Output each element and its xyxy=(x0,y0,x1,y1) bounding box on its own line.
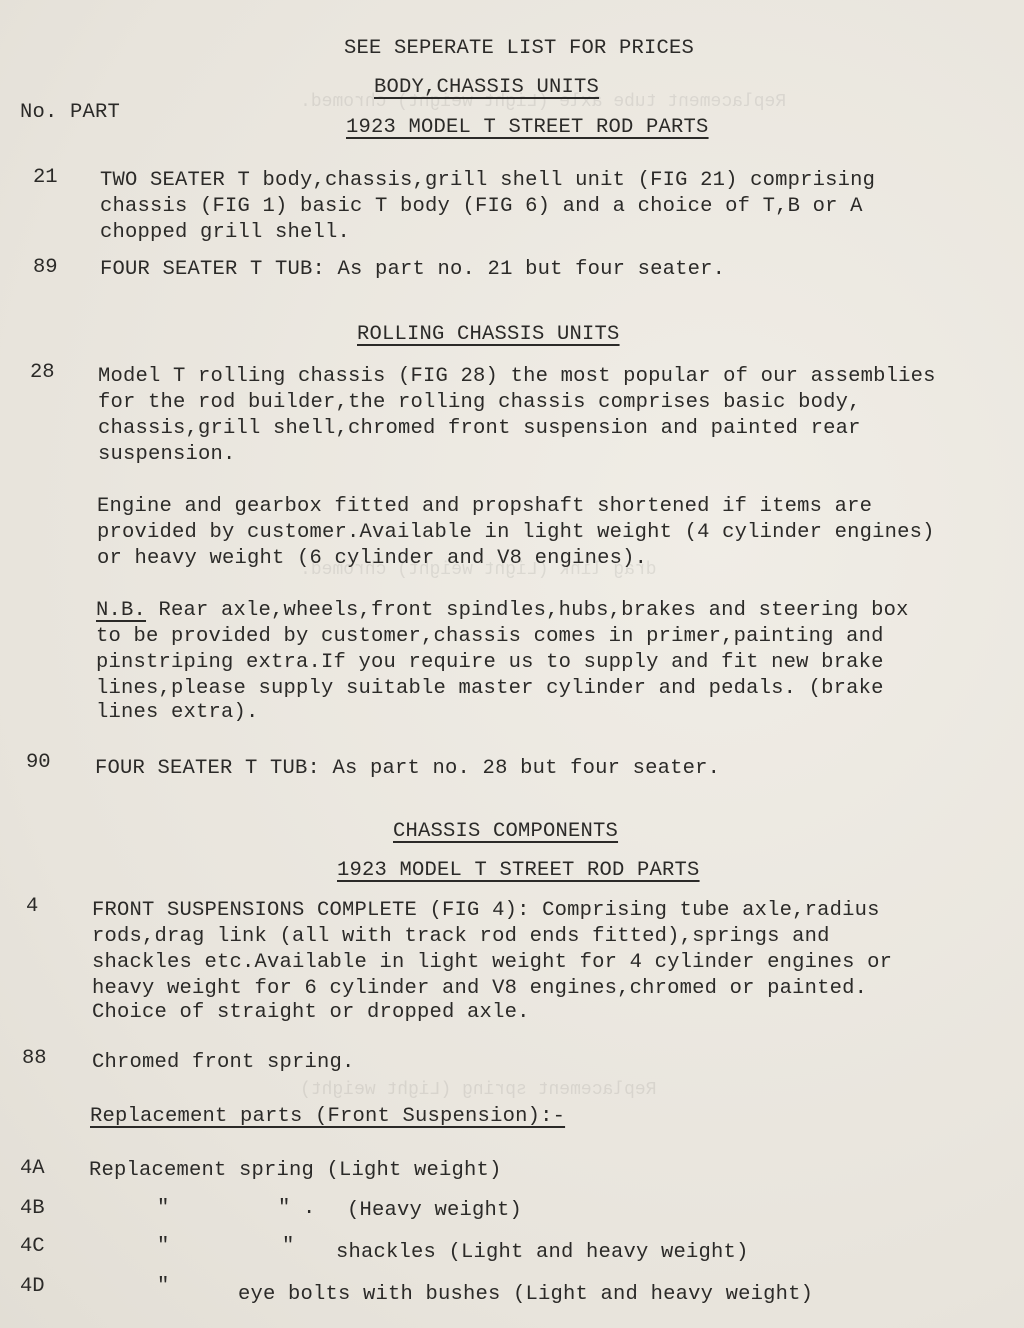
price-notice: SEE SEPERATE LIST FOR PRICES xyxy=(344,36,694,62)
section-heading: ROLLING CHASSIS UNITS xyxy=(357,322,620,348)
item-line: Engine and gearbox fitted and propshaft … xyxy=(97,494,872,520)
item-line: FOUR SEATER T TUB: As part no. 21 but fo… xyxy=(100,257,725,283)
item-line: heavy weight for 6 cylinder and V8 engin… xyxy=(92,976,867,1002)
part-number: 4B xyxy=(20,1196,45,1222)
item-line: Chromed front spring. xyxy=(92,1050,355,1076)
item-line: Model T rolling chassis (FIG 28) the mos… xyxy=(98,364,936,390)
replacement-part-desc: Replacement spring (Light weight) xyxy=(89,1158,502,1184)
ditto-mark: " xyxy=(157,1274,170,1300)
nb-label: N.B. xyxy=(96,599,146,622)
section-heading: BODY,CHASSIS UNITS xyxy=(374,75,599,101)
item-line: rods,drag link (all with track rod ends … xyxy=(92,924,830,950)
item-line: for the rod builder,the rolling chassis … xyxy=(98,390,861,416)
part-number: 90 xyxy=(26,750,51,776)
part-number: 21 xyxy=(33,165,58,191)
item-line: shackles etc.Available in light weight f… xyxy=(92,950,892,976)
item-line: or heavy weight (6 cylinder and V8 engin… xyxy=(97,546,647,572)
item-line: chopped grill shell. xyxy=(100,220,350,246)
item-line: suspension. xyxy=(98,442,236,468)
item-line: TWO SEATER T body,chassis,grill shell un… xyxy=(100,168,875,194)
part-number: 28 xyxy=(30,360,55,386)
item-line: chassis (FIG 1) basic T body (FIG 6) and… xyxy=(100,194,863,220)
section-subheading: 1923 MODEL T STREET ROD PARTS xyxy=(337,858,700,884)
ditto-mark: " . xyxy=(278,1196,316,1222)
replacement-part-desc: (Heavy weight) xyxy=(347,1198,522,1224)
ditto-mark: " xyxy=(157,1234,170,1260)
replacement-part-desc: eye bolts with bushes (Light and heavy w… xyxy=(238,1282,813,1308)
part-number: 88 xyxy=(22,1046,47,1072)
ditto-mark: " xyxy=(282,1234,295,1260)
item-line: provided by customer.Available in light … xyxy=(97,520,935,546)
item-line: to be provided by customer,chassis comes… xyxy=(96,624,884,650)
replacement-part-desc: shackles (Light and heavy weight) xyxy=(336,1240,749,1266)
ditto-mark: " xyxy=(157,1196,170,1222)
item-line: FOUR SEATER T TUB: As part no. 28 but fo… xyxy=(95,756,720,782)
item-line: Rear axle,wheels,front spindles,hubs,bra… xyxy=(146,599,909,622)
part-number: 4D xyxy=(20,1274,45,1300)
part-number: 4A xyxy=(20,1156,45,1182)
section-heading: CHASSIS COMPONENTS xyxy=(393,819,618,845)
part-number: 89 xyxy=(33,255,58,281)
item-line: lines,please supply suitable master cyli… xyxy=(96,676,884,702)
replacement-parts-heading: Replacement parts (Front Suspension):- xyxy=(90,1104,565,1130)
part-number: 4 xyxy=(26,894,38,920)
item-line: chassis,grill shell,chromed front suspen… xyxy=(98,416,861,442)
part-number: 4C xyxy=(20,1234,45,1260)
item-line: Choice of straight or dropped axle. xyxy=(92,1000,530,1026)
bleed-through-text: Replacement spring (Light weight) xyxy=(300,1080,656,1100)
part-no-label-2: No. xyxy=(20,100,58,126)
item-line: lines extra). xyxy=(96,700,259,726)
section-subheading: 1923 MODEL T STREET ROD PARTS xyxy=(346,115,709,141)
item-line: pinstriping extra.If you require us to s… xyxy=(96,650,884,676)
part-label-line1: PART xyxy=(70,101,120,124)
nb-line: N.B. Rear axle,wheels,front spindles,hub… xyxy=(96,598,909,624)
document-page: Replacement tube axle (Light weight) chr… xyxy=(0,0,1024,1328)
item-line: FRONT SUSPENSIONS COMPLETE (FIG 4): Comp… xyxy=(92,898,880,924)
